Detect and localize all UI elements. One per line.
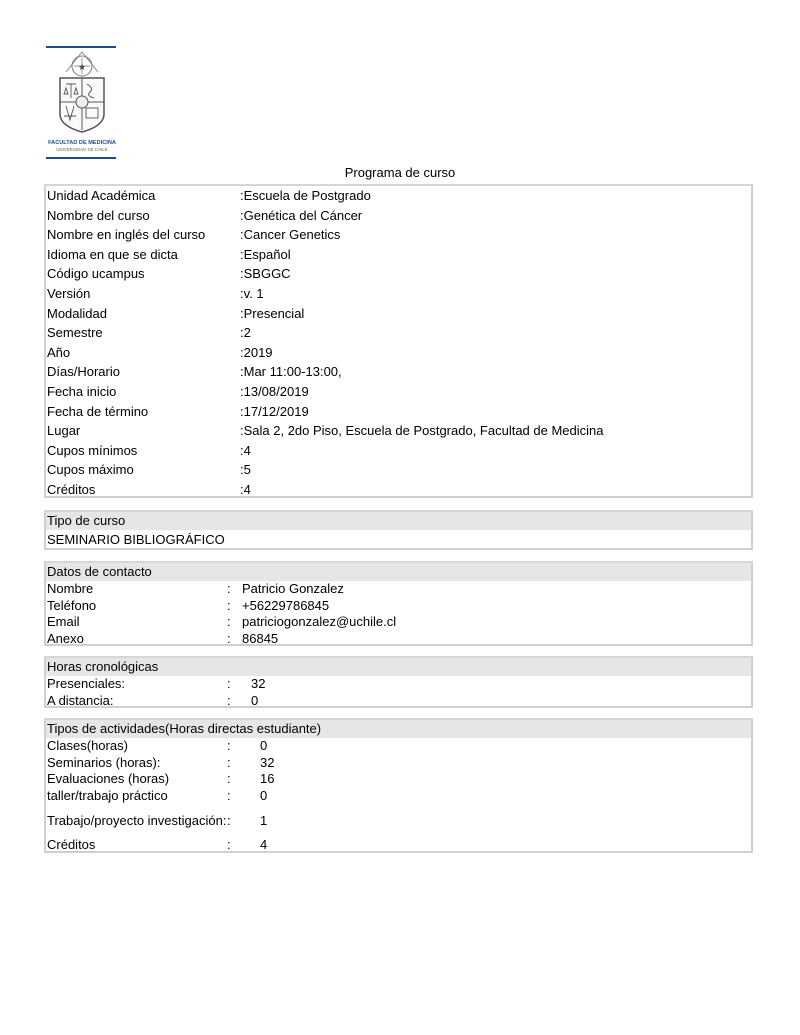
page-title: Programa de curso [0, 165, 800, 180]
info-value: :5 [240, 460, 751, 480]
separator: : [227, 614, 242, 631]
info-value: :Sala 2, 2do Piso, Escuela de Postgrado,… [240, 421, 751, 441]
separator: : [227, 738, 260, 755]
info-label: Modalidad [47, 304, 240, 324]
info-label: Cupos máximo [47, 460, 240, 480]
info-value: :Español [240, 245, 751, 265]
info-label: Semestre [47, 323, 240, 343]
info-value: :Escuela de Postgrado [240, 186, 751, 206]
info-row: Semestre:2 [46, 323, 751, 343]
activities-row: Evaluaciones (horas):16 [46, 771, 751, 788]
activities-row: Clases(horas):0 [46, 738, 751, 755]
separator: : [227, 598, 242, 615]
activities-label: Trabajo/proyecto investigación: [47, 813, 227, 828]
info-row: Fecha inicio:13/08/2019 [46, 382, 751, 402]
info-row: Cupos máximo:5 [46, 460, 751, 480]
info-row: Fecha de término:17/12/2019 [46, 402, 751, 422]
activities-label: Clases(horas) [47, 738, 227, 755]
info-label: Idioma en que se dicta [47, 245, 240, 265]
activities-value: 32 [260, 755, 751, 772]
activities-label: Créditos [47, 837, 227, 854]
info-label: Créditos [47, 480, 240, 500]
info-row: Nombre del curso:Genética del Cáncer [46, 206, 751, 226]
contact-row: Nombre:Patricio Gonzalez [46, 581, 751, 598]
contact-row: Email:patriciogonzalez@uchile.cl [46, 614, 751, 631]
contact-value: patriciogonzalez@uchile.cl [242, 614, 751, 631]
svg-text:★: ★ [78, 63, 86, 73]
university-crest-icon: ★ FACULTAD DE MEDICINA UNIVERSIDAD DE CH… [44, 44, 120, 162]
course-info-table: Unidad Académica:Escuela de PostgradoNom… [44, 184, 753, 498]
info-label: Nombre en inglés del curso [47, 225, 240, 245]
info-value: :13/08/2019 [240, 382, 751, 402]
info-row: Lugar:Sala 2, 2do Piso, Escuela de Postg… [46, 421, 751, 441]
info-value: :2 [240, 323, 751, 343]
info-label: Unidad Académica [47, 186, 240, 206]
info-value: :17/12/2019 [240, 402, 751, 422]
info-row: Días/Horario:Mar 11:00-13:00, [46, 362, 751, 382]
info-label: Fecha de término [47, 402, 240, 422]
hours-label: A distancia: [47, 693, 227, 710]
activities-value: 0 [260, 738, 751, 755]
info-row: Créditos:4 [46, 480, 751, 500]
separator: : [227, 771, 260, 788]
info-row: Código ucampus:SBGGC [46, 264, 751, 284]
contact-row: Anexo:86845 [46, 631, 751, 648]
activities-value: 16 [260, 771, 751, 788]
separator: : [227, 676, 251, 693]
contact-label: Email [47, 614, 227, 631]
info-label: Código ucampus [47, 264, 240, 284]
separator: : [227, 693, 251, 710]
activities-row: Seminarios (horas)::32 [46, 755, 751, 772]
activities-label: Seminarios (horas): [47, 755, 227, 772]
info-row: Cupos mínimos:4 [46, 441, 751, 461]
activities-label: taller/trabajo práctico [47, 788, 227, 805]
info-row: Año:2019 [46, 343, 751, 363]
contact-label: Anexo [47, 631, 227, 648]
activities-value: 0 [260, 788, 751, 805]
info-value: :Mar 11:00-13:00, [240, 362, 751, 382]
section-header: Horas cronológicas [46, 658, 751, 676]
contact-section: Datos de contacto Nombre:Patricio Gonzal… [44, 561, 753, 646]
info-label: Lugar [47, 421, 240, 441]
activities-value: 1 [260, 813, 751, 828]
section-header: Tipo de curso [46, 512, 751, 530]
info-value: :Genética del Cáncer [240, 206, 751, 226]
info-label: Días/Horario [47, 362, 240, 382]
separator: : [227, 837, 260, 854]
activities-section: Tipos de actividades(Horas directas estu… [44, 718, 753, 853]
section-header: Tipos de actividades(Horas directas estu… [46, 720, 751, 738]
info-value: :2019 [240, 343, 751, 363]
separator: : [227, 788, 260, 805]
info-label: Nombre del curso [47, 206, 240, 226]
course-type-value: SEMINARIO BIBLIOGRÁFICO [46, 530, 751, 549]
contact-row: Teléfono:+56229786845 [46, 598, 751, 615]
info-label: Cupos mínimos [47, 441, 240, 461]
info-row: Modalidad:Presencial [46, 304, 751, 324]
info-label: Año [47, 343, 240, 363]
hours-label: Presenciales: [47, 676, 227, 693]
info-value: :4 [240, 480, 751, 500]
activities-label: Evaluaciones (horas) [47, 771, 227, 788]
section-header: Datos de contacto [46, 563, 751, 581]
hours-value: 32 [251, 676, 751, 693]
info-row: Idioma en que se dicta:Español [46, 245, 751, 265]
contact-label: Nombre [47, 581, 227, 598]
info-value: :SBGGC [240, 264, 751, 284]
contact-value: +56229786845 [242, 598, 751, 615]
separator: : [227, 581, 242, 598]
separator: : [227, 631, 242, 648]
contact-label: Teléfono [47, 598, 227, 615]
hours-row: Presenciales::32 [46, 676, 751, 693]
separator: : [227, 813, 260, 828]
info-value: :4 [240, 441, 751, 461]
info-row: Unidad Académica:Escuela de Postgrado [46, 186, 751, 206]
activities-row: taller/trabajo práctico:0 [46, 788, 751, 805]
faculty-logo: ★ FACULTAD DE MEDICINA UNIVERSIDAD DE CH… [44, 44, 120, 162]
info-label: Versión [47, 284, 240, 304]
svg-text:UNIVERSIDAD DE CHILE: UNIVERSIDAD DE CHILE [56, 147, 108, 152]
course-type-section: Tipo de curso SEMINARIO BIBLIOGRÁFICO [44, 510, 753, 550]
contact-value: 86845 [242, 631, 751, 648]
info-value: :Cancer Genetics [240, 225, 751, 245]
hours-section: Horas cronológicas Presenciales::32A dis… [44, 656, 753, 708]
info-row: Nombre en inglés del curso:Cancer Geneti… [46, 225, 751, 245]
separator: : [227, 755, 260, 772]
info-value: :Presencial [240, 304, 751, 324]
info-value: :v. 1 [240, 284, 751, 304]
activities-value: 4 [260, 837, 751, 854]
svg-text:FACULTAD DE MEDICINA: FACULTAD DE MEDICINA [48, 140, 116, 146]
info-label: Fecha inicio [47, 382, 240, 402]
activities-row: Trabajo/proyecto investigación::1 [46, 805, 751, 837]
hours-row: A distancia::0 [46, 693, 751, 710]
activities-row: Créditos:4 [46, 837, 751, 854]
info-row: Versión:v. 1 [46, 284, 751, 304]
hours-value: 0 [251, 693, 751, 710]
contact-value: Patricio Gonzalez [242, 581, 751, 598]
